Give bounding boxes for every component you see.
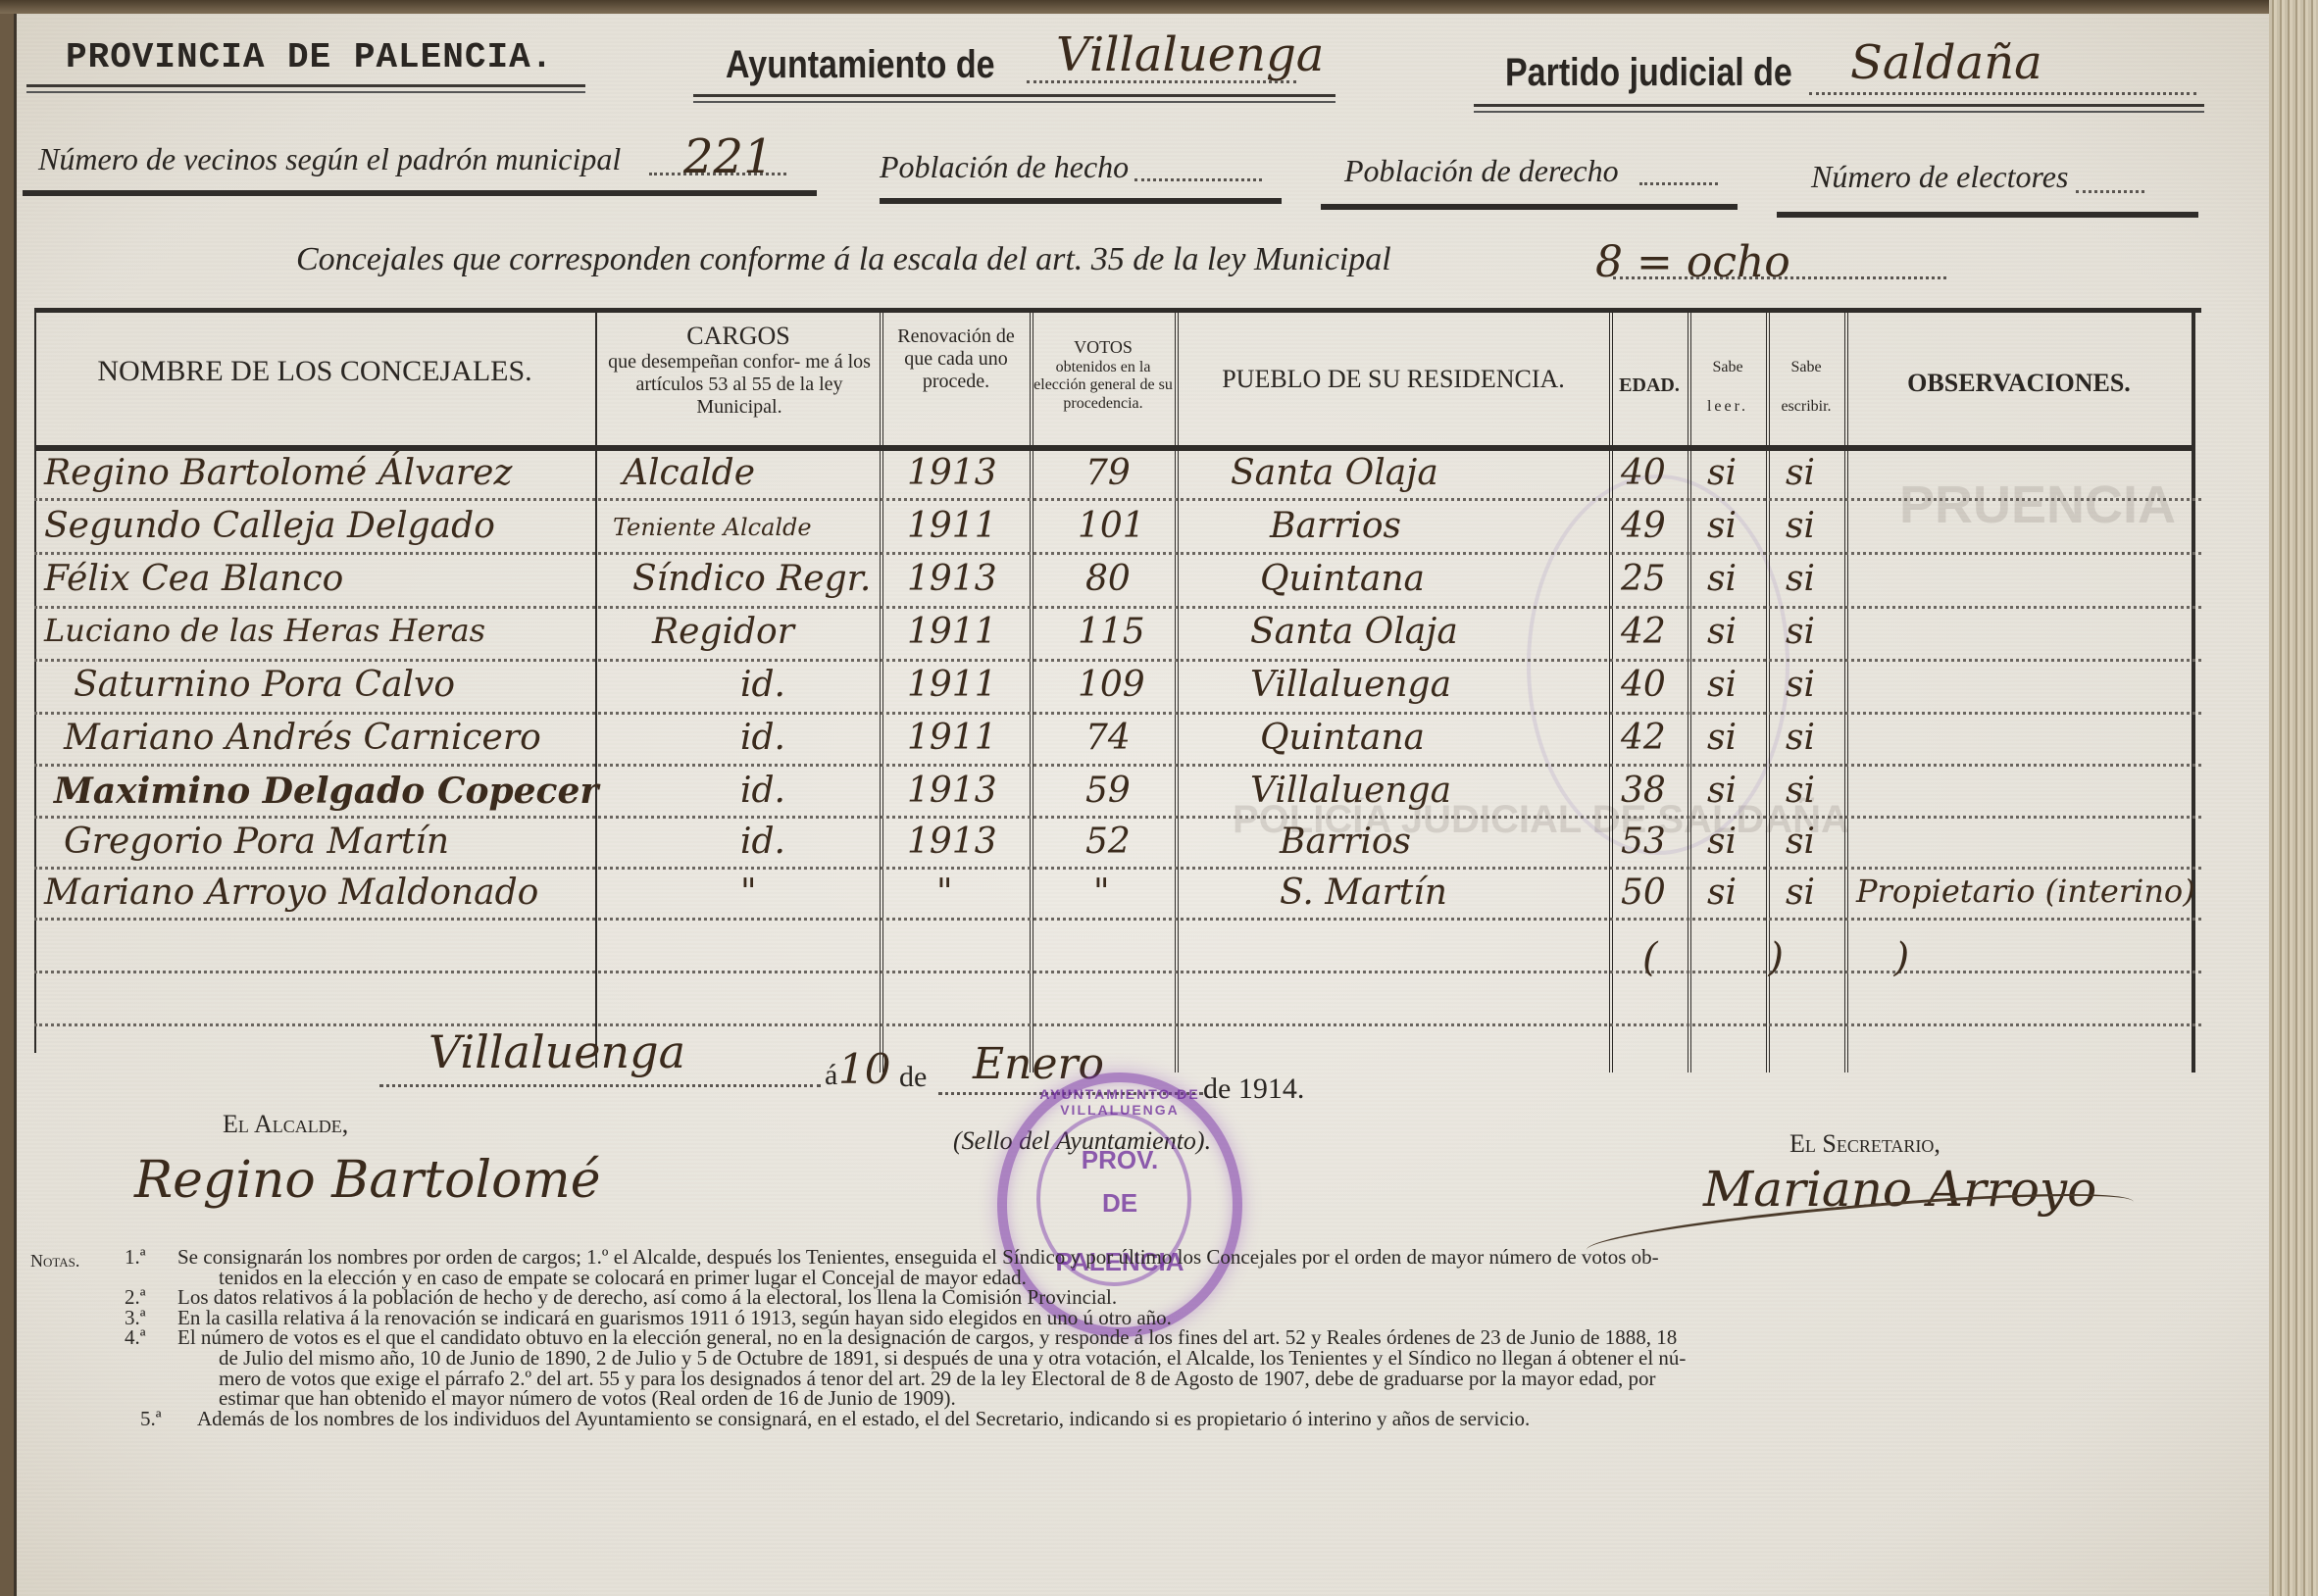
partido-judicial-value: Saldaña (1850, 35, 2042, 90)
concejales-value: 8 = ocho (1595, 237, 1790, 287)
cell-leer: si (1707, 822, 1737, 862)
cell-renovacion: " (936, 873, 953, 913)
column-rule (595, 308, 597, 1068)
col-header-votos-sub: obtenidos en la elección general de su p… (1033, 359, 1174, 413)
cell-votos: 74 (1085, 718, 1131, 758)
cell-escribir: si (1786, 822, 1815, 862)
cell-votos: 59 (1085, 771, 1131, 811)
cell-nombre: Luciano de las Heras Heras (44, 612, 485, 649)
cell-edad: 38 (1621, 771, 1666, 811)
field-underline (880, 198, 1282, 204)
totals-marks: ( ) ) (1642, 935, 1958, 980)
note-line: Los datos relativos á la población de he… (177, 1287, 1117, 1308)
concejales-label: Concejales que corresponden conforme á l… (296, 241, 1391, 278)
province-title: PROVINCIA DE PALENCIA. (66, 37, 553, 77)
col-header-votos: VOTOS (1033, 337, 1174, 358)
cell-votos: 109 (1078, 665, 1145, 705)
cell-renovacion: 1913 (907, 771, 997, 811)
note-number: 5.ª (140, 1409, 162, 1429)
col-header-renovacion: Renovación de que cada uno procede. (883, 325, 1029, 393)
column-rule (34, 308, 36, 1053)
cell-cargo: id. (740, 822, 785, 862)
cell-cargo: id. (740, 718, 785, 758)
place-dotted-line (379, 1084, 821, 1087)
cell-pueblo: S. Martín (1280, 873, 1447, 913)
cell-leer: si (1707, 612, 1737, 652)
col-header-cargos-sub: que desempeñan confor- me á los artículo… (601, 351, 878, 419)
cell-edad: 40 (1621, 665, 1666, 705)
note-number: 1.ª (125, 1247, 146, 1268)
cell-nombre: Maximino Delgado Copecer (54, 771, 598, 812)
book-page-edges (2269, 0, 2318, 1596)
note-number: 2.ª (125, 1287, 146, 1308)
cell-pueblo: Quintana (1260, 718, 1425, 758)
cell-leer: si (1707, 771, 1737, 811)
cell-renovacion: 1913 (907, 559, 997, 599)
cell-cargo: Alcalde (623, 453, 755, 493)
notes-label: Notas. (30, 1251, 79, 1272)
column-rule (880, 308, 885, 1072)
note-line: El número de votos es el que el candidat… (177, 1327, 1677, 1348)
footer-de-label: de (899, 1061, 927, 1094)
col-header-escribir-1: Sabe (1768, 359, 1844, 376)
cell-votos: " (1093, 873, 1110, 913)
column-rule (1609, 308, 1615, 1072)
row-rule (34, 552, 2201, 555)
cell-pueblo: Quintana (1260, 559, 1425, 599)
note-number: 4.ª (125, 1327, 146, 1348)
concejales-table: NOMBRE DE LOS CONCEJALES. CARGOS que des… (34, 308, 2201, 1072)
secretario-label: El Secretario, (1789, 1129, 1940, 1159)
col-header-pueblo: PUEBLO DE SU RESIDENCIA. (1178, 365, 1609, 394)
cell-pueblo: Santa Olaja (1250, 612, 1458, 652)
cell-votos: 115 (1078, 612, 1145, 652)
cell-edad: 53 (1621, 822, 1666, 862)
row-rule (34, 498, 2201, 501)
concejales-dotted-line (1613, 276, 1946, 279)
row-rule (34, 606, 2201, 609)
col-header-leer-2: leer. (1689, 398, 1766, 416)
cell-leer: si (1707, 665, 1737, 705)
partido-dotted-line (1809, 92, 2196, 95)
cell-cargo: id. (740, 665, 785, 705)
stamp-text-ring: AYUNTAMIENTO DE VILLALUENGA (1007, 1086, 1233, 1118)
col-header-escribir-2: escribir. (1768, 398, 1844, 416)
cell-escribir: si (1786, 506, 1815, 546)
poblacion-derecho-dotted-line (1639, 182, 1718, 185)
cell-escribir: si (1786, 873, 1815, 913)
cell-cargo: Teniente Alcalde (613, 514, 812, 541)
cell-pueblo: Santa Olaja (1231, 453, 1438, 493)
note-line: Además de los nombres de los individuos … (197, 1409, 1530, 1429)
cell-edad: 50 (1621, 873, 1666, 913)
cell-renovacion: 1911 (907, 506, 997, 546)
alcalde-signature: Regino Bartolomé (134, 1151, 600, 1210)
cell-escribir: si (1786, 665, 1815, 705)
poblacion-derecho-label: Población de derecho (1344, 153, 1619, 189)
cell-edad: 42 (1621, 612, 1666, 652)
poblacion-hecho-dotted-line (1134, 178, 1262, 181)
row-rule (34, 712, 2201, 715)
electores-dotted-line (2076, 190, 2144, 193)
stamp-text: DE (1007, 1188, 1233, 1219)
cell-pueblo: Villaluenga (1250, 771, 1451, 811)
cell-edad: 42 (1621, 718, 1666, 758)
cell-nombre: Segundo Calleja Delgado (44, 506, 495, 546)
column-rule (1175, 308, 1181, 1072)
cell-nombre: Regino Bartolomé Álvarez (44, 453, 512, 493)
electores-label: Número de electores (1811, 159, 2068, 195)
cell-nombre: Mariano Andrés Carnicero (64, 718, 541, 758)
cell-renovacion: 1911 (907, 665, 997, 705)
col-header-observaciones: OBSERVACIONES. (1846, 369, 2192, 398)
col-header-edad: EDAD. (1611, 374, 1688, 397)
header-bottom-rule (34, 445, 2192, 451)
cell-renovacion: 1911 (907, 718, 997, 758)
row-rule (34, 918, 2201, 921)
cell-leer: si (1707, 718, 1737, 758)
cell-cargo: Regidor (652, 612, 794, 652)
note-line: Se consignarán los nombres por orden de … (177, 1247, 1659, 1268)
cell-votos: 80 (1085, 559, 1131, 599)
cell-escribir: si (1786, 559, 1815, 599)
cell-votos: 101 (1078, 506, 1145, 546)
field-underline (1777, 212, 2198, 218)
cell-observaciones: Propietario (interino) (1856, 873, 2195, 910)
alcalde-label: El Alcalde, (223, 1110, 348, 1139)
cell-escribir: si (1786, 718, 1815, 758)
field-underline (23, 190, 817, 196)
cell-votos: 52 (1085, 822, 1131, 862)
header-divider (1474, 104, 2204, 113)
cell-nombre: Gregorio Pora Martín (64, 822, 449, 862)
col-header-cargos: CARGOS (597, 322, 880, 351)
ayuntamiento-value: Villaluenga (1056, 27, 1324, 82)
cell-escribir: si (1786, 453, 1815, 493)
cell-edad: 25 (1621, 559, 1666, 599)
field-underline (1321, 204, 1738, 210)
cell-edad: 49 (1621, 506, 1666, 546)
cell-leer: si (1707, 453, 1737, 493)
footer-place: Villaluenga (428, 1025, 685, 1078)
cell-escribir: si (1786, 771, 1815, 811)
col-header-leer-1: Sabe (1689, 359, 1766, 376)
col-header-nombre: NOMBRE DE LOS CONCEJALES. (34, 355, 595, 389)
cell-leer: si (1707, 873, 1737, 913)
row-rule (34, 816, 2201, 819)
cell-renovacion: 1913 (907, 822, 997, 862)
ayuntamiento-label: Ayuntamiento de (726, 43, 995, 87)
cell-leer: si (1707, 559, 1737, 599)
cell-nombre: Saturnino Pora Calvo (74, 665, 455, 705)
cell-renovacion: 1913 (907, 453, 997, 493)
note-line: de Julio del mismo año, 10 de Junio de 1… (219, 1348, 1686, 1369)
vecinos-dotted-line (649, 173, 786, 175)
book-top-edge (0, 0, 2318, 14)
header-divider (693, 94, 1335, 103)
note-line: estimar que han obtenido el mayor número… (219, 1388, 956, 1409)
cell-cargo: " (740, 873, 757, 913)
cell-nombre: Félix Cea Blanco (44, 559, 343, 599)
row-rule (34, 1023, 2201, 1026)
table-top-border (34, 308, 2201, 313)
partido-judicial-label: Partido judicial de (1505, 51, 1792, 95)
cell-votos: 79 (1085, 453, 1131, 493)
footer-a-label: á (825, 1059, 837, 1092)
cell-escribir: si (1786, 612, 1815, 652)
document-page: PRUENCIA POLICÍA JUDICIAL DE SALDAÑA PRO… (14, 14, 2272, 1596)
vecinos-value: 221 (683, 129, 774, 184)
stamp-text: PROV. (1007, 1145, 1233, 1175)
cell-cargo: id. (740, 771, 785, 811)
cell-leer: si (1707, 506, 1737, 546)
cell-edad: 40 (1621, 453, 1666, 493)
vecinos-label: Número de vecinos según el padrón munici… (38, 141, 621, 177)
cell-cargo: Síndico Regr. (632, 559, 871, 599)
row-rule (34, 764, 2201, 767)
cell-pueblo: Villaluenga (1250, 665, 1451, 705)
poblacion-hecho-label: Población de hecho (880, 149, 1129, 185)
row-rule (34, 659, 2201, 662)
cell-renovacion: 1911 (907, 612, 997, 652)
column-rule (2192, 308, 2195, 1072)
column-rule (1030, 308, 1035, 1072)
cell-pueblo: Barrios (1280, 822, 1411, 862)
cell-pueblo: Barrios (1270, 506, 1401, 546)
cell-nombre: Mariano Arroyo Maldonado (44, 873, 538, 913)
header-divider (26, 84, 585, 93)
footer-day: 10 (838, 1045, 890, 1093)
row-rule (34, 867, 2201, 870)
ayuntamiento-dotted-line (1027, 80, 1296, 83)
